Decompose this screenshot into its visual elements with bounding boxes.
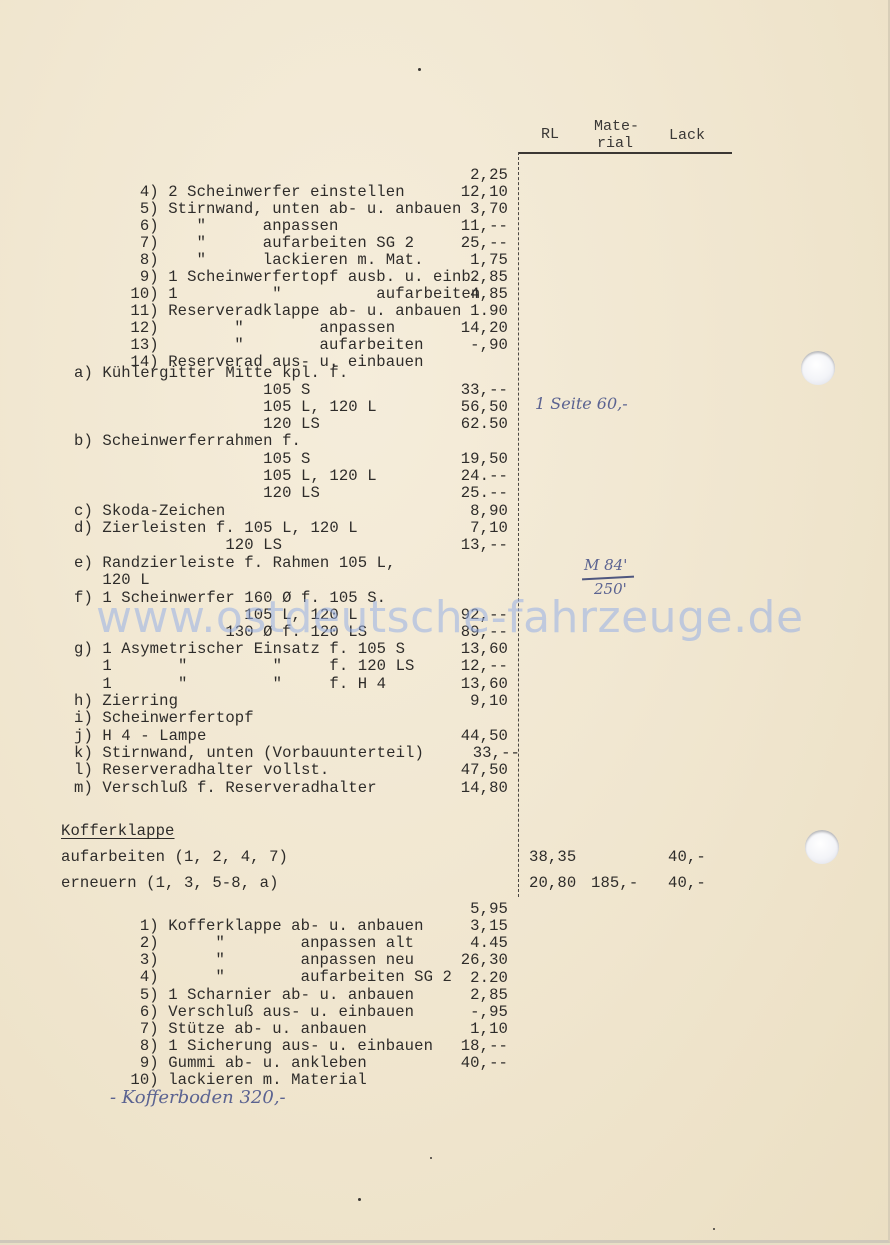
parts-price: 24.-- xyxy=(420,468,508,485)
item-price: 1,75 xyxy=(420,252,508,269)
item-price: 2.20 xyxy=(420,970,508,987)
paper-speck xyxy=(418,68,421,71)
item-price: 3,15 xyxy=(420,918,508,935)
item-price: 1,10 xyxy=(420,1021,508,1038)
item-price: 12,10 xyxy=(420,184,508,201)
parts-price: 14,80 xyxy=(420,780,508,797)
punch-hole-top xyxy=(801,351,835,385)
parts-price: 47,50 xyxy=(420,762,508,779)
parts-price: 19,50 xyxy=(420,451,508,468)
column-header-material-line1: Mate- xyxy=(594,120,639,133)
handwritten-fraction-top: M 84' xyxy=(584,556,627,574)
parts-line: j) H 4 - Lampe xyxy=(74,728,206,745)
item-price: 14,20 xyxy=(420,320,508,337)
parts-line: a) Kühlergitter Mitte kpl. f. xyxy=(74,365,348,382)
parts-line: 105 S xyxy=(74,451,310,468)
parts-line: 105 S xyxy=(74,382,310,399)
parts-line: 105 L, 120 L xyxy=(74,468,377,485)
parts-price: 8,90 xyxy=(420,503,508,520)
item-price: -,95 xyxy=(420,1004,508,1021)
summary-row-rl: 38,35 xyxy=(529,849,576,866)
summary-row-label: aufarbeiten (1, 2, 4, 7) xyxy=(61,849,288,866)
item-price: 25,-- xyxy=(420,235,508,252)
item-price: 2,85 xyxy=(420,269,508,286)
column-divider xyxy=(518,152,519,897)
parts-price: 25.-- xyxy=(420,485,508,502)
item-price: 2,25 xyxy=(420,167,508,184)
parts-price: 44,50 xyxy=(420,728,508,745)
header-rule xyxy=(518,152,732,154)
parts-price: 7,10 xyxy=(420,520,508,537)
summary-row-lack: 40,- xyxy=(668,875,706,892)
paper-speck xyxy=(430,1157,432,1159)
item-price: 26,30 xyxy=(420,952,508,969)
punch-hole-bottom xyxy=(805,830,839,864)
summary-row-rl: 20,80 xyxy=(529,875,576,892)
parts-price: 13,60 xyxy=(420,641,508,658)
parts-line: 105 L, 120 L xyxy=(74,399,377,416)
parts-line: 1 " " f. 120 LS xyxy=(74,658,414,675)
column-header-rl: RL xyxy=(541,128,559,141)
parts-line: h) Zierring xyxy=(74,693,178,710)
parts-line: e) Randzierleiste f. Rahmen 105 L, xyxy=(74,555,396,572)
item-price: -,90 xyxy=(420,337,508,354)
parts-price: 33,-- xyxy=(460,745,520,762)
item-price: 1.90 xyxy=(420,303,508,320)
parts-line: k) Stirnwand, unten (Vorbauunterteil) xyxy=(74,745,424,762)
parts-price: 13,-- xyxy=(420,537,508,554)
paper-speck xyxy=(358,1198,361,1201)
parts-price: 12,-- xyxy=(420,658,508,675)
document-page: RL Mate- rial Lack 4) 2 Scheinwerfer ein… xyxy=(0,0,890,1243)
parts-line: l) Reserveradhalter vollst. xyxy=(74,762,329,779)
paper-speck xyxy=(713,1228,715,1230)
parts-line: c) Skoda-Zeichen xyxy=(74,503,225,520)
parts-line: m) Verschluß f. Reserveradhalter xyxy=(74,780,377,797)
item-price: 40,-- xyxy=(420,1055,508,1072)
parts-line: d) Zierleisten f. 105 L, 120 L xyxy=(74,520,358,537)
item-price: 18,-- xyxy=(420,1038,508,1055)
summary-row-label: erneuern (1, 3, 5-8, a) xyxy=(61,875,279,892)
section-heading-kofferklappe: Kofferklappe xyxy=(61,823,175,840)
summary-row-material: 185,- xyxy=(591,875,638,892)
handwritten-note-seite: 1 Seite 60,- xyxy=(535,394,628,413)
parts-price: 33,-- xyxy=(420,382,508,399)
parts-line: 120 L xyxy=(74,572,150,589)
parts-line: 1 " " f. H 4 xyxy=(74,676,386,693)
column-header-lack: Lack xyxy=(669,129,705,142)
parts-price: 62.50 xyxy=(420,416,508,433)
item-price: 3,70 xyxy=(420,201,508,218)
watermark: www.ostdeutsche-fahrzeuge.de xyxy=(96,592,804,643)
item-price: 11,-- xyxy=(420,218,508,235)
parts-line: 120 LS xyxy=(74,485,320,502)
parts-line: 120 LS xyxy=(74,537,282,554)
parts-price: 13,60 xyxy=(420,676,508,693)
parts-line: i) Scheinwerfertopf xyxy=(74,710,254,727)
item-price: 4,85 xyxy=(420,286,508,303)
item-price: 2,85 xyxy=(420,987,508,1004)
item-price: 5,95 xyxy=(420,901,508,918)
summary-row-lack: 40,- xyxy=(668,849,706,866)
parts-line: b) Scheinwerferrahmen f. xyxy=(74,433,301,450)
column-header-material-line2: rial xyxy=(597,137,633,150)
parts-line: 120 LS xyxy=(74,416,320,433)
item-price: 4.45 xyxy=(420,935,508,952)
parts-price: 9,10 xyxy=(420,693,508,710)
handwritten-footer-note: - Kofferboden 320,- xyxy=(110,1087,286,1108)
parts-line: g) 1 Asymetrischer Einsatz f. 105 S xyxy=(74,641,405,658)
parts-price: 56,50 xyxy=(420,399,508,416)
